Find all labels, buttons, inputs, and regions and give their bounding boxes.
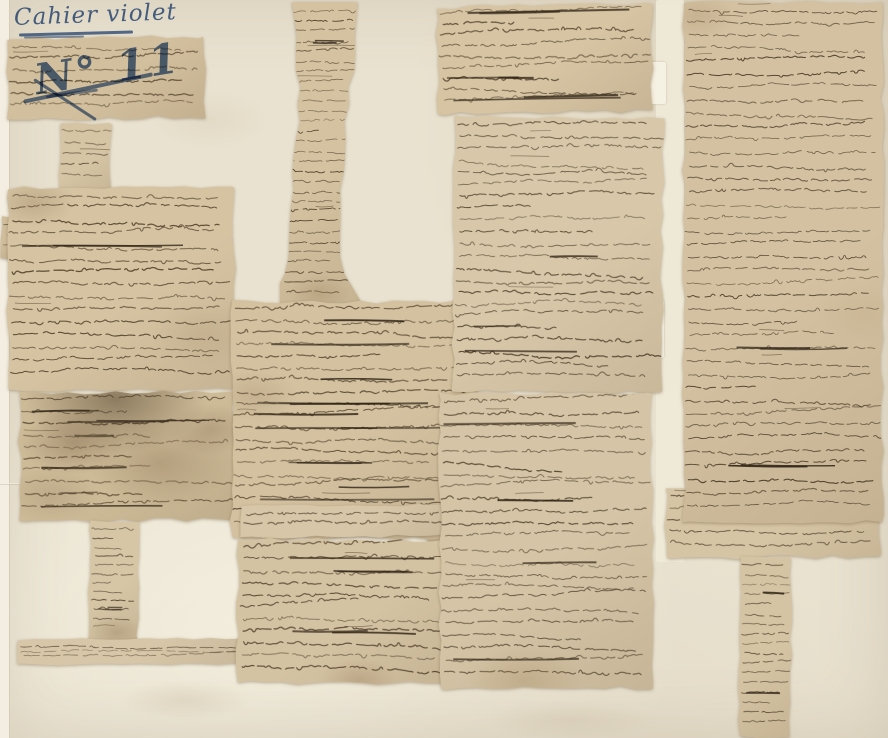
paper-fragment-center-lower-block bbox=[236, 537, 461, 685]
fragment-paper bbox=[737, 556, 793, 738]
fragment-paper bbox=[18, 389, 237, 523]
fragment-paper bbox=[236, 537, 461, 685]
handwriting-lines bbox=[682, 0, 884, 524]
paper-stain bbox=[480, 700, 660, 738]
handwriting-lines bbox=[737, 556, 793, 738]
handwriting-lines bbox=[6, 186, 236, 392]
handwriting-lines bbox=[451, 115, 664, 394]
paper-fragment-bottom-thin-strip bbox=[16, 637, 252, 665]
handwriting-lines bbox=[435, 2, 655, 116]
notebook-title-annotation: Cahier violet bbox=[14, 0, 178, 31]
manuscript-scan: Cahier violet N° 11 bbox=[0, 0, 888, 738]
fragment-paper bbox=[437, 392, 654, 691]
paper-fragment-right-bottom-strip bbox=[737, 556, 793, 738]
fragment-paper bbox=[6, 186, 236, 392]
paper-fragment-centerright-long-block bbox=[451, 115, 664, 394]
paper-fragment-centerright-top-block bbox=[435, 2, 655, 116]
handwriting-lines bbox=[240, 503, 462, 539]
handwriting-lines bbox=[16, 637, 252, 665]
handwriting-lines bbox=[57, 121, 113, 192]
paper-fragment-small-scrap bbox=[57, 121, 113, 192]
fragment-paper bbox=[280, 2, 360, 308]
paper-fragment-left-block-stained bbox=[18, 389, 237, 523]
paper-fragment-right-tall-column bbox=[682, 0, 884, 524]
fragment-paper bbox=[451, 115, 664, 394]
paper-fragment-left-block-upper bbox=[6, 186, 236, 392]
handwriting-lines bbox=[437, 392, 654, 691]
paper-stain bbox=[120, 680, 250, 720]
paper-fragment-left-vertical-strip bbox=[87, 520, 140, 643]
handwriting-lines bbox=[18, 389, 237, 523]
handwriting-lines bbox=[87, 520, 140, 643]
fragment-paper bbox=[240, 503, 462, 539]
fragment-paper bbox=[435, 2, 655, 116]
paper-fragment-center-one-line-strip bbox=[240, 503, 462, 539]
fragment-paper bbox=[16, 637, 252, 665]
fragment-paper bbox=[57, 121, 113, 192]
paper-fragment-wavy-vertical-strip bbox=[280, 2, 360, 308]
fragment-paper bbox=[87, 520, 140, 643]
handwriting-lines bbox=[280, 2, 360, 308]
fragment-paper bbox=[682, 0, 884, 524]
paper-fragment-centerright-lower-block bbox=[437, 392, 654, 691]
handwriting-lines bbox=[236, 537, 461, 685]
